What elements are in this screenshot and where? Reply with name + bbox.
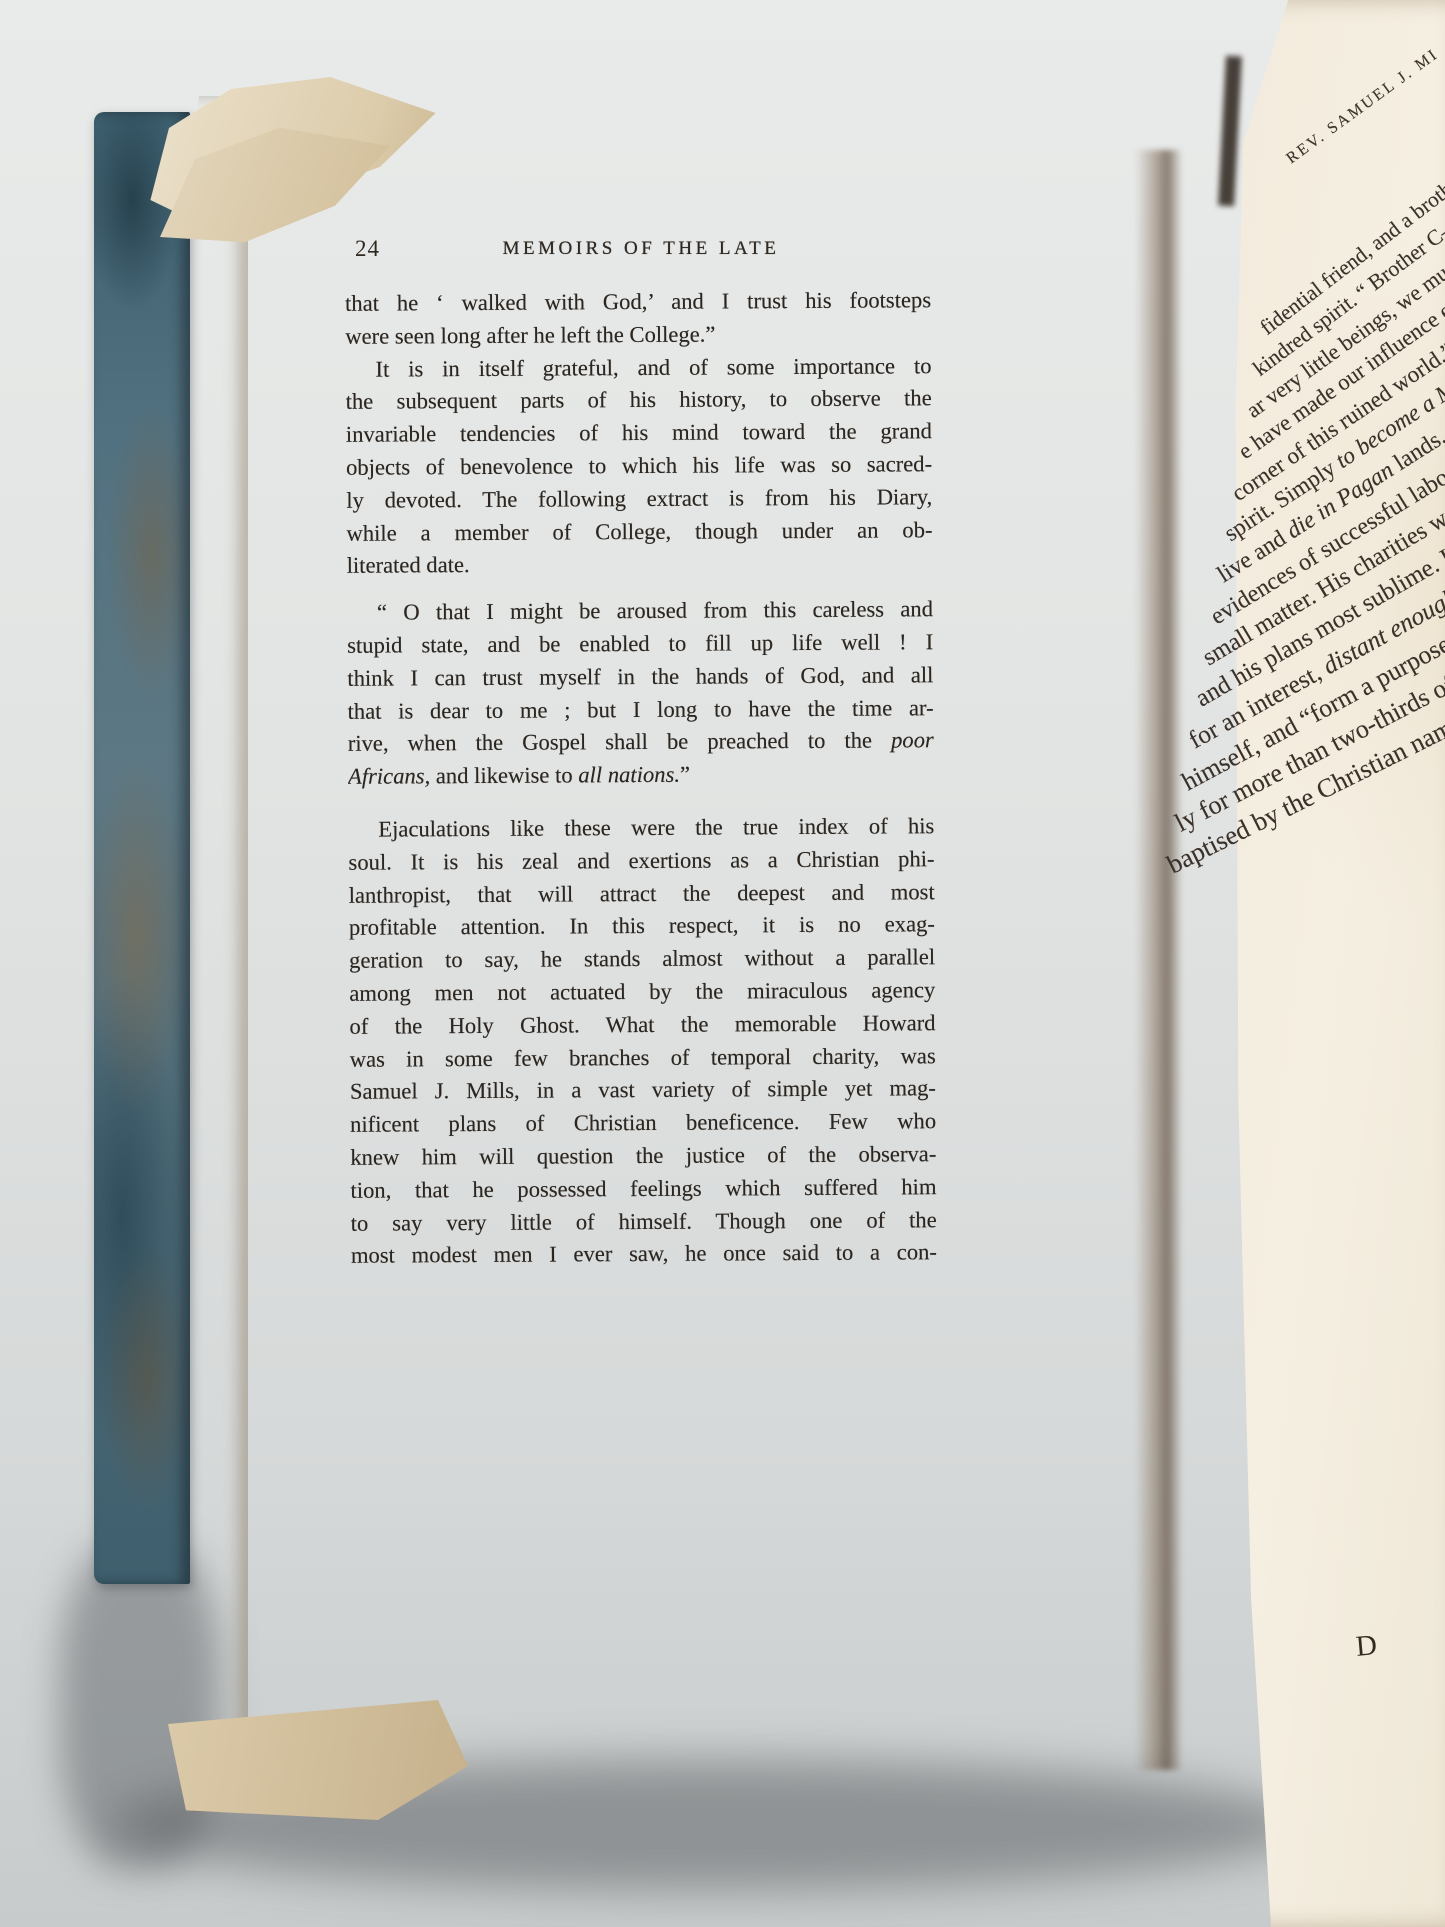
text-line: lanthropist, that will attract the deepe…	[349, 876, 935, 912]
text-line: rive, when the Gospel shall be preached …	[348, 725, 934, 761]
text-line: most modest men I ever saw, he once said…	[351, 1237, 937, 1273]
left-page-header: 24 MEMOIRS OF THE LATE	[345, 234, 937, 264]
text-line: tion, that he possessed feelings which s…	[350, 1171, 936, 1207]
ink-mark: D	[1355, 1629, 1379, 1664]
italic-text: Africans,	[348, 763, 430, 789]
text-line: that is dear to me ; but I long to have …	[347, 692, 933, 728]
text-segment: stupid state, and be enabled to fill up …	[347, 629, 933, 658]
text-segment: knew him will question the justice of th…	[350, 1141, 936, 1170]
text-line: to say very little of himself. Though on…	[351, 1204, 937, 1240]
text-line: the subsequent parts of his history, to …	[346, 383, 932, 419]
text-segment: were seen long after he left the College…	[345, 321, 715, 348]
running-head: MEMOIRS OF THE LATE	[345, 238, 937, 260]
text-segment: lanthropist, that will attract the deepe…	[349, 879, 935, 908]
text-line: ly devoted. The following extract is fro…	[346, 481, 932, 517]
text-line: among men not actuated by the miraculous…	[349, 974, 935, 1010]
text-line: Ejaculations like these were the true in…	[348, 810, 934, 846]
text-segment: that he ‘ walked with God,’ and I trust …	[345, 287, 931, 316]
paragraph: Ejaculations like these were the true in…	[348, 810, 937, 1273]
text-segment: tion, that he possessed feelings which s…	[350, 1174, 936, 1203]
text-line: Africans, and likewise to all nations.”	[348, 757, 934, 793]
text-line: It is in itself grateful, and of some im…	[345, 350, 931, 386]
text-segment: geration to say, he stands almost withou…	[349, 944, 935, 973]
text-segment: ly devoted. The following extract is fro…	[346, 484, 932, 513]
text-line: while a member of College, though under …	[346, 514, 932, 550]
text-line: think I can trust myself in the hands of…	[347, 659, 933, 695]
text-segment: Ejaculations like these were the true in…	[378, 813, 934, 841]
text-segment: literated date.	[347, 552, 470, 578]
text-line: geration to say, he stands almost withou…	[349, 941, 935, 977]
text-segment: objects of benevolence to which his life…	[346, 451, 932, 480]
text-segment: was in some few branches of temporal cha…	[350, 1043, 936, 1072]
spine-gap-shadow	[1218, 56, 1242, 207]
text-segment: that is dear to me ; but I long to have …	[348, 695, 934, 724]
text-segment: most modest men I ever saw, he once said…	[351, 1240, 937, 1269]
text-segment: and likewise to	[430, 763, 578, 789]
text-line: objects of benevolence to which his life…	[346, 448, 932, 484]
text-segment: “ O that I might be aroused from this ca…	[377, 596, 933, 624]
text-line: invariable tendencies of his mind toward…	[346, 415, 932, 451]
book-photograph: 24 MEMOIRS OF THE LATE that he ‘ walked …	[0, 0, 1445, 1927]
left-page-text: that he ‘ walked with God,’ and I trust …	[345, 284, 937, 1273]
text-segment: while a member of College, though under …	[346, 517, 932, 546]
text-line: Samuel J. Mills, in a vast variety of si…	[350, 1073, 936, 1109]
text-segment: think I can trust myself in the hands of…	[347, 662, 933, 691]
text-segment: It is in itself grateful, and of some im…	[375, 353, 931, 381]
text-line: were seen long after he left the College…	[345, 317, 931, 353]
text-line: knew him will question the justice of th…	[350, 1138, 936, 1174]
italic-text: all nations.	[578, 762, 680, 788]
text-segment: of the Holy Ghost. What the memorable Ho…	[349, 1010, 935, 1039]
paragraph: “ O that I might be aroused from this ca…	[347, 593, 934, 793]
gutter-shadow	[1135, 150, 1181, 1770]
text-line: literated date.	[347, 547, 933, 583]
text-line: “ O that I might be aroused from this ca…	[347, 593, 933, 629]
text-line: soul. It is his zeal and exertions as a …	[348, 843, 934, 879]
text-segment: invariable tendencies of his mind toward…	[346, 418, 932, 447]
text-line: that he ‘ walked with God,’ and I trust …	[345, 284, 931, 320]
text-segment: Samuel J. Mills, in a vast variety of si…	[350, 1076, 936, 1105]
text-segment: nificent plans of Christian beneficence.…	[350, 1108, 936, 1137]
text-line: stupid state, and be enabled to fill up …	[347, 626, 933, 662]
text-line: profitable attention. In this respect, i…	[349, 909, 935, 945]
text-segment: rive, when the Gospel shall be preached …	[348, 728, 891, 756]
text-segment: among men not actuated by the miraculous…	[349, 977, 935, 1006]
text-line: was in some few branches of temporal cha…	[350, 1040, 936, 1076]
italic-text: poor	[891, 728, 934, 753]
text-line: of the Holy Ghost. What the memorable Ho…	[349, 1007, 935, 1043]
text-segment: profitable attention. In this respect, i…	[349, 912, 935, 941]
text-segment: to say very little of himself. Though on…	[351, 1207, 937, 1236]
text-segment: ”	[680, 762, 690, 787]
text-line: nificent plans of Christian beneficence.…	[350, 1105, 936, 1141]
paragraph: that he ‘ walked with God,’ and I trust …	[345, 284, 931, 353]
paragraph: It is in itself grateful, and of some im…	[345, 350, 932, 583]
text-segment: soul. It is his zeal and exertions as a …	[348, 846, 934, 875]
book-cover-board	[94, 112, 190, 1584]
text-segment: the subsequent parts of his history, to …	[346, 386, 932, 415]
